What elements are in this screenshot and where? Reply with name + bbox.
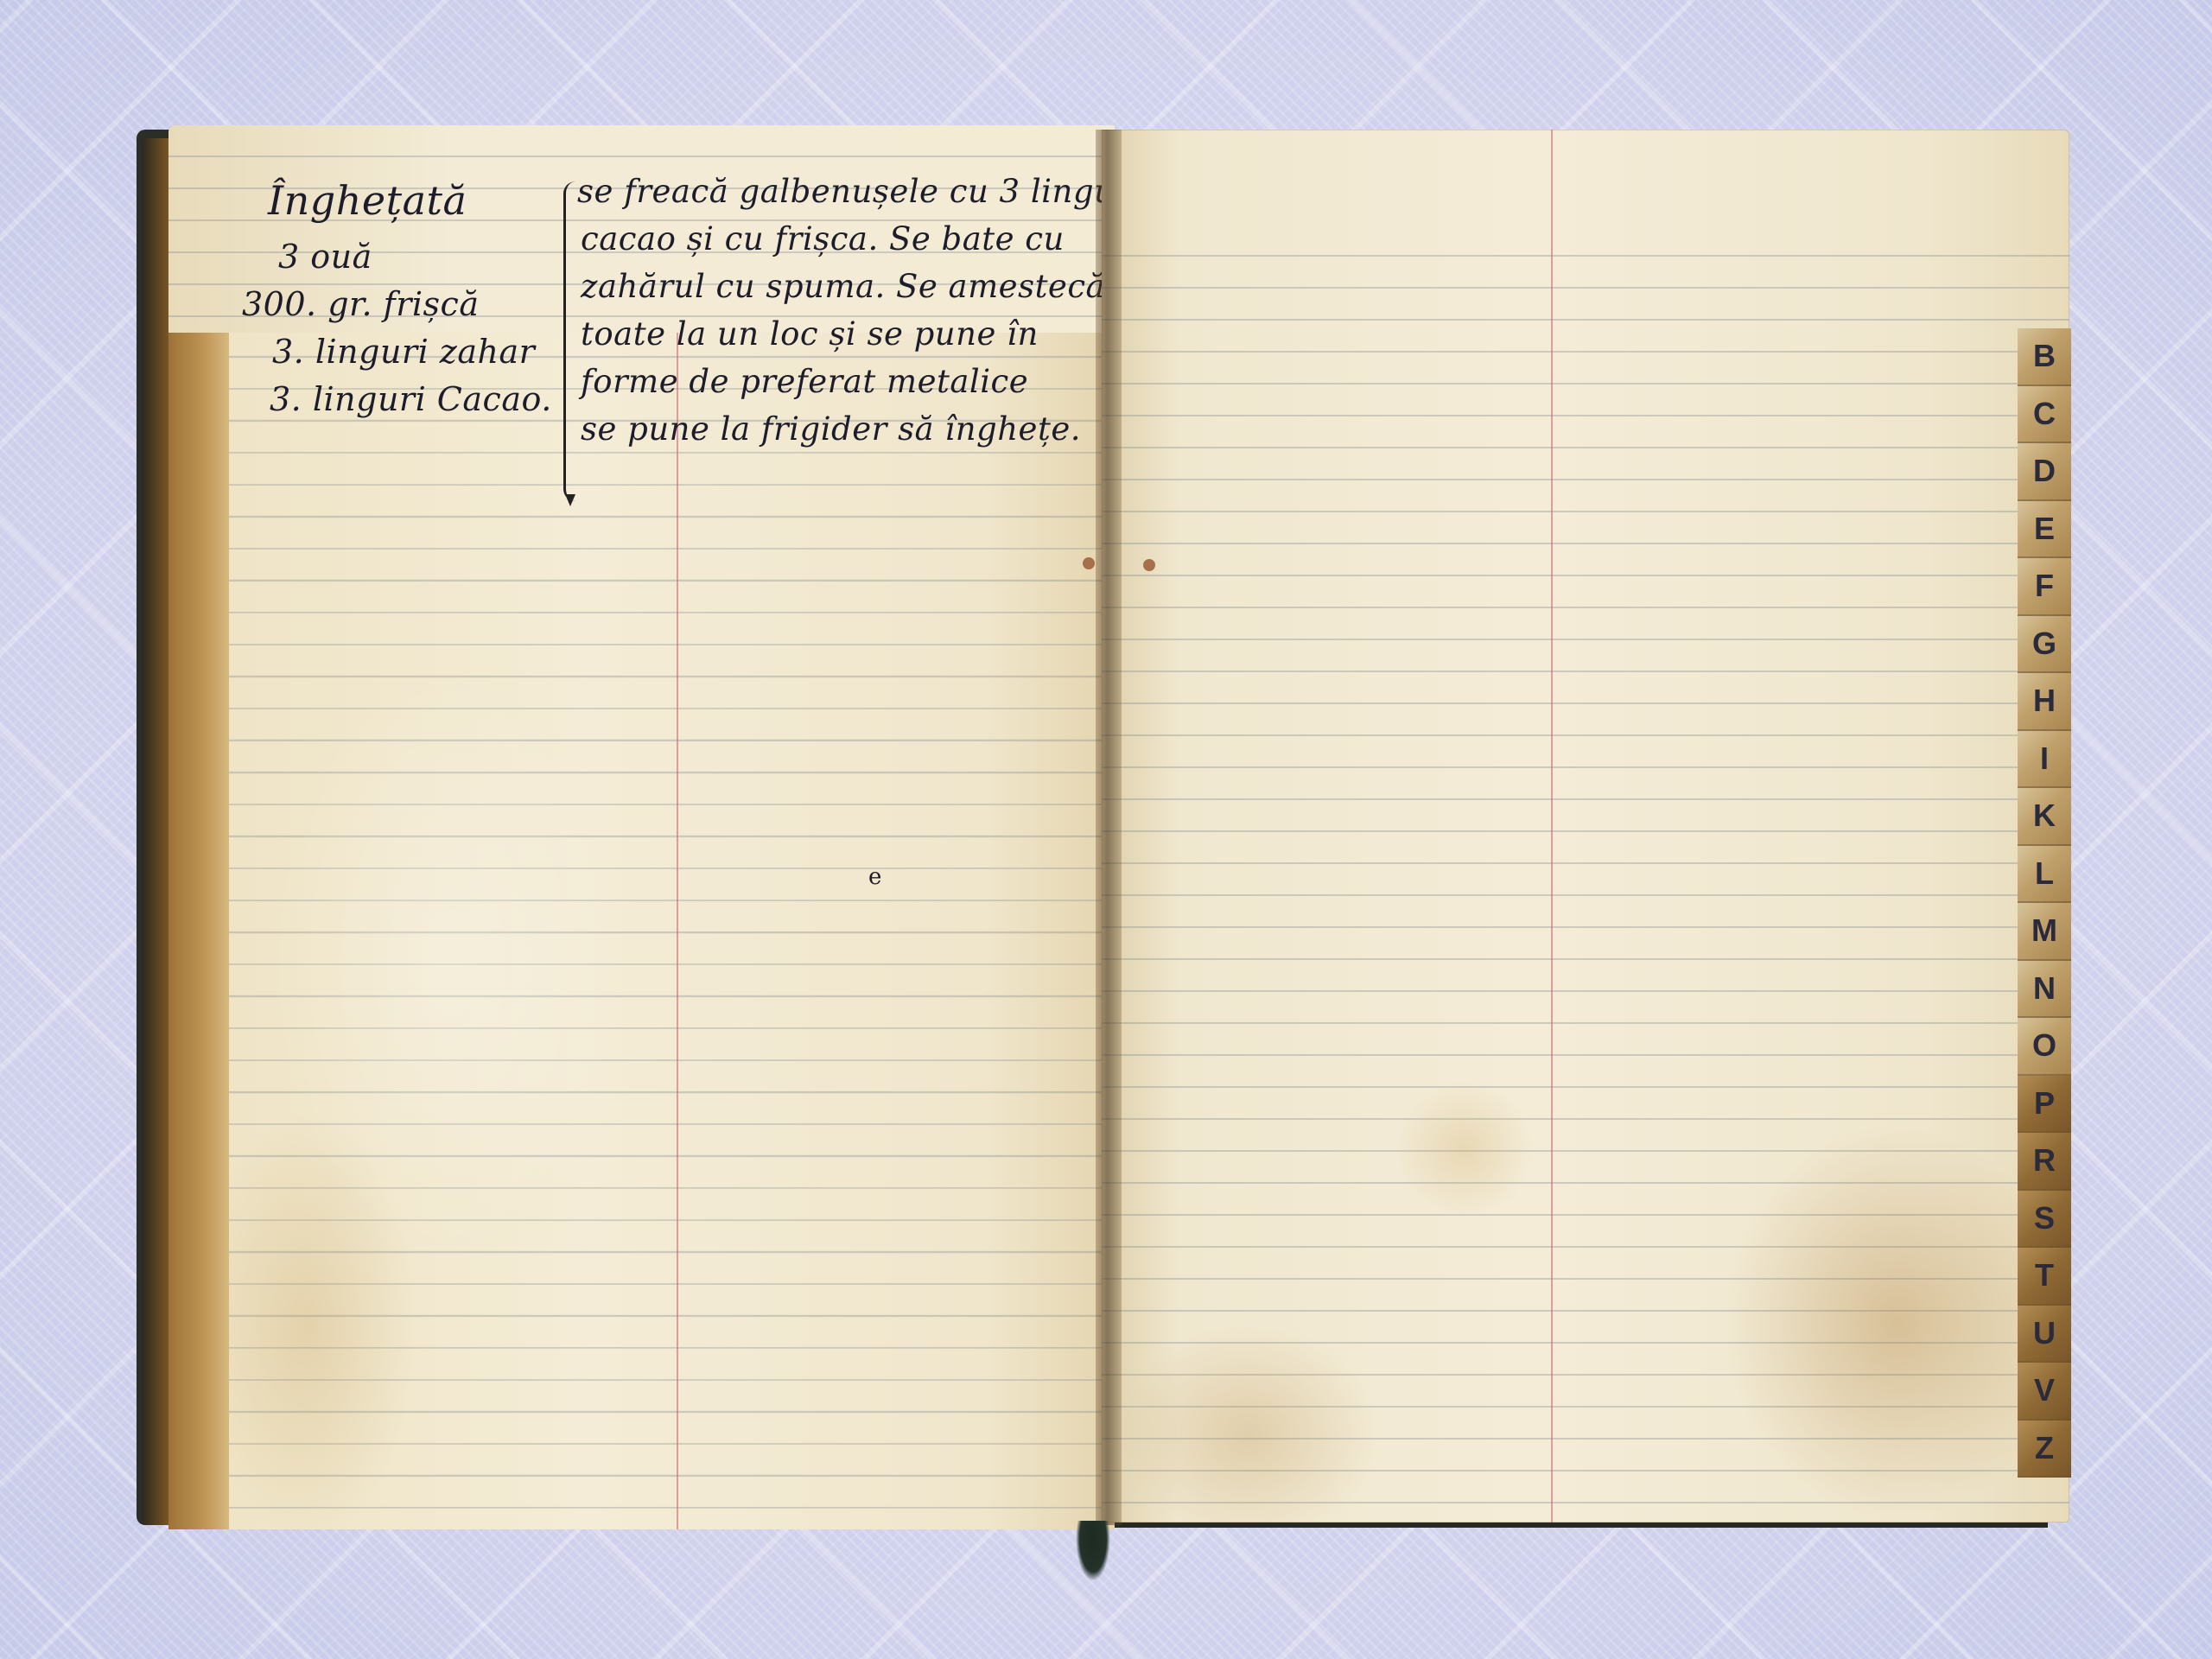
book-gutter <box>1096 130 1122 1525</box>
binding-thread <box>1076 1521 1110 1581</box>
index-tab[interactable]: S <box>2018 1191 2071 1249</box>
method-line: forme de preferat metalice <box>581 363 1028 400</box>
index-tab[interactable]: G <box>2018 616 2071 674</box>
index-tab[interactable]: P <box>2018 1076 2071 1134</box>
left-page-worn-edge <box>168 333 229 1529</box>
notebook: Înghețată 3 ouă 300. gr. frișcă 3. lingu… <box>0 0 2212 1659</box>
index-tab[interactable]: U <box>2018 1306 2071 1363</box>
red-margin-line <box>677 333 678 1529</box>
index-tab[interactable]: O <box>2018 1018 2071 1076</box>
ingredient-line: 3 ouă <box>278 238 372 276</box>
ingredient-line: 3. linguri Cacao. <box>270 380 552 418</box>
method-line: se freacă galbenușele cu 3 linguri <box>577 173 1141 210</box>
recipe-title: Înghețată <box>268 177 467 224</box>
method-line: cacao și cu frișca. Se bate cu <box>581 220 1065 257</box>
red-margin-line <box>1551 130 1553 1522</box>
ruled-lines <box>1102 225 2069 1522</box>
ink-dot <box>1083 557 1095 569</box>
method-line: zahărul cu spuma. Se amestecă <box>581 268 1105 305</box>
stray-ink-mark: e <box>868 864 881 890</box>
index-tab[interactable]: C <box>2018 386 2071 444</box>
index-tab[interactable]: D <box>2018 443 2071 501</box>
index-tab[interactable]: N <box>2018 961 2071 1019</box>
index-tab[interactable]: Z <box>2018 1421 2071 1478</box>
index-tab[interactable]: E <box>2018 501 2071 559</box>
index-tab[interactable]: T <box>2018 1248 2071 1306</box>
index-tab[interactable]: R <box>2018 1133 2071 1191</box>
index-tab[interactable]: B <box>2018 328 2071 386</box>
ingredient-line: 300. gr. frișcă <box>242 285 479 323</box>
ingredient-line: 3. linguri zahar <box>272 333 535 371</box>
right-page <box>1102 130 2069 1522</box>
index-tab[interactable]: H <box>2018 673 2071 731</box>
index-tab[interactable]: L <box>2018 846 2071 904</box>
index-tab[interactable]: M <box>2018 903 2071 961</box>
ink-dot <box>1143 559 1155 571</box>
index-tab[interactable]: V <box>2018 1363 2071 1421</box>
index-tab[interactable]: F <box>2018 558 2071 616</box>
method-line: toate la un loc și se pune în <box>581 315 1039 353</box>
index-tab[interactable]: I <box>2018 731 2071 789</box>
ruled-lines <box>229 333 1115 1529</box>
method-line: se pune la frigider să înghețe. <box>581 410 1081 448</box>
arrow-down-icon <box>565 494 575 506</box>
left-page-body <box>229 333 1115 1529</box>
alphabet-index-tabs: B C D E F G H I K L M N O P R S T U V Z <box>2018 328 2071 1478</box>
index-tab[interactable]: K <box>2018 788 2071 846</box>
